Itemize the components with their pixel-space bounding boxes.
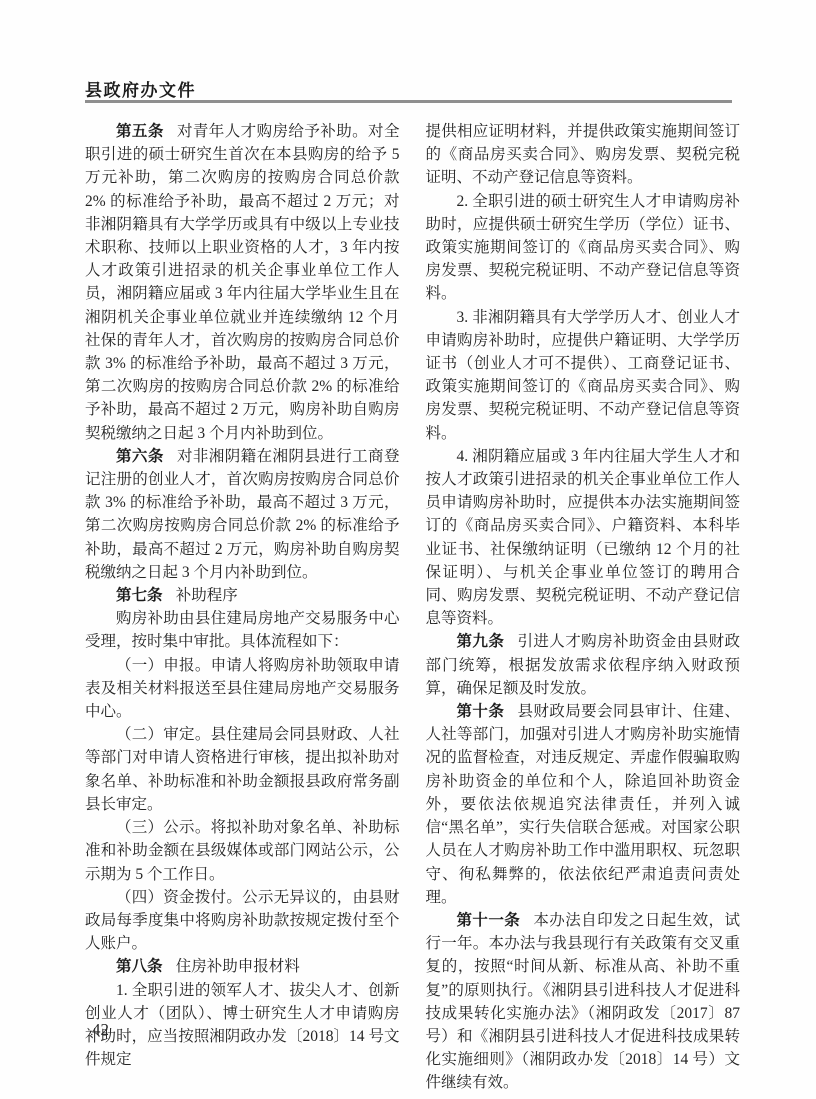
article-9-label: 第九条	[457, 633, 505, 650]
article-8-text: 住房补助申报材料	[176, 958, 300, 975]
article-7-text: 补助程序	[176, 587, 238, 604]
paragraph-article-5: 第五条对青年人才购房给予补助。对全职引进的硕士研究生首次在本县购房的给予 5 万…	[85, 120, 400, 445]
paragraph-article-11: 第十一条本办法自印发之日起生效，试行一年。本办法与我县现行有关政策有交叉重复的，…	[426, 909, 741, 1095]
article-5-label: 第五条	[116, 123, 164, 140]
article-11-text: 本办法自印发之日起生效，试行一年。本办法与我县现行有关政策有交叉重复的，按照“时…	[426, 912, 741, 1091]
article-10-text: 县财政局要会同县审计、住建、人社等部门，加强对引进人才购房补助实施情况的监督检查…	[426, 703, 741, 906]
paragraph-material-item-1: 1. 全职引进的领军人才、拔尖人才、创新创业人才（团队）、博士研究生人才申请购房…	[85, 979, 400, 1072]
paragraph-article-10: 第十条县财政局要会同县审计、住建、人社等部门，加强对引进人才购房补助实施情况的监…	[426, 700, 741, 909]
paragraph-step-1: （一）申报。申请人将购房补助领取申请表及相关材料报送至县住建局房地产交易服务中心…	[85, 654, 400, 724]
header-divider-rule	[85, 100, 732, 103]
paragraph-procedure-intro: 购房补助由县住建局房地产交易服务中心受理，按时集中审批。具体流程如下：	[85, 607, 400, 653]
paragraph-step-2: （二）审定。县住建局会同县财政、人社等部门对申请人资格进行审核，提出拟补助对象名…	[85, 723, 400, 816]
article-5-text: 对青年人才购房给予补助。对全职引进的硕士研究生首次在本县购房的给予 5 万元补助…	[85, 123, 400, 442]
paragraph-material-item-2: 2. 全职引进的硕士研究生人才申请购房补助时，应提供硕士研究生学历（学位）证书、…	[426, 190, 741, 306]
paragraph-article-7: 第七条补助程序	[85, 584, 400, 607]
left-column: 第五条对青年人才购房给予补助。对全职引进的硕士研究生首次在本县购房的给予 5 万…	[85, 120, 400, 1095]
paragraph-step-4: （四）资金拨付。公示无异议的，由县财政局每季度集中将购房补助款按规定拨付至个人账…	[85, 886, 400, 956]
page-header-label: 县政府办文件	[85, 76, 196, 101]
paragraph-material-item-4: 4. 湘阴籍应届或 3 年内往届大学生人才和按人才政策引进招录的机关企事业单位工…	[426, 445, 741, 631]
article-6-label: 第六条	[116, 448, 164, 465]
article-7-label: 第七条	[116, 587, 163, 604]
right-column: 提供相应证明材料，并提供政策实施期间签订的《商品房买卖合同》、购房发票、契税完税…	[426, 120, 741, 1095]
page-number: 42	[92, 1020, 109, 1040]
article-11-label: 第十一条	[457, 912, 521, 929]
paragraph-material-item-1-continuation: 提供相应证明材料，并提供政策实施期间签订的《商品房买卖合同》、购房发票、契税完税…	[426, 120, 741, 190]
paragraph-article-8: 第八条住房补助申报材料	[85, 955, 400, 978]
article-8-label: 第八条	[116, 958, 163, 975]
document-body: 第五条对青年人才购房给予补助。对全职引进的硕士研究生首次在本县购房的给予 5 万…	[85, 120, 740, 1095]
paragraph-article-6: 第六条对非湘阴籍在湘阴县进行工商登记注册的创业人才，首次购房按购房合同总价款 3…	[85, 445, 400, 584]
paragraph-article-9: 第九条引进人才购房补助资金由县财政部门统筹，根据发放需求依程序纳入财政预算，确保…	[426, 630, 741, 700]
article-10-label: 第十条	[457, 703, 505, 720]
paragraph-material-item-3: 3. 非湘阴籍具有大学学历人才、创业人才申请购房补助时，应提供户籍证明、大学学历…	[426, 306, 741, 445]
article-6-text: 对非湘阴籍在湘阴县进行工商登记注册的创业人才，首次购房按购房合同总价款 3% 的…	[85, 448, 400, 581]
paragraph-step-3: （三）公示。将拟补助对象名单、补助标准和补助金额在县级媒体或部门网站公示，公示期…	[85, 816, 400, 886]
